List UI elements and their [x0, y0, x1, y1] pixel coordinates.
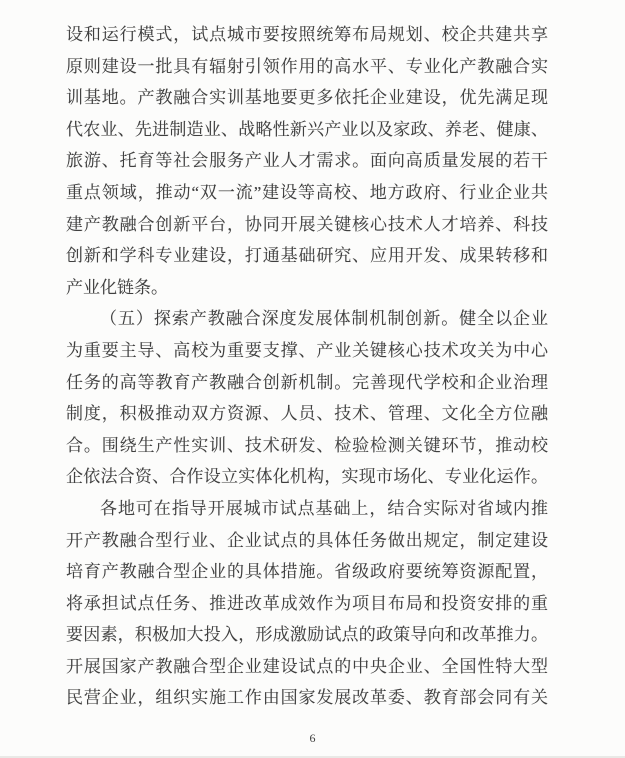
text-line: 各地可在指导开展城市试点基础上，结合实际对省域内推	[66, 493, 548, 525]
screenshot-root: { "document": { "page_number": "6", "col…	[0, 0, 625, 758]
text-line: 重点领域，推动“双一流”建设等高校、地方政府、行业企业共	[66, 177, 548, 209]
text-line: 代农业、先进制造业、战略性新兴产业以及家政、养老、健康、	[66, 114, 548, 146]
text-line: 开产教融合型行业、企业试点的具体任务做出规定，制定建设	[66, 525, 548, 557]
text-line: 训基地。产教融合实训基地要更多依托企业建设，优先满足现	[66, 82, 548, 114]
page-number: 6	[0, 731, 625, 745]
text-line: 任务的高等教育产教融合创新机制。完善现代学校和企业治理	[66, 367, 548, 399]
text-line: 企依法合资、合作设立实体化机构，实现市场化、专业化运作。	[66, 461, 548, 493]
text-line: 产业化链条。	[66, 272, 548, 304]
text-line: 原则建设一批具有辐射引领作用的高水平、专业化产教融合实	[66, 51, 548, 83]
text-line: 制度，积极推动双方资源、人员、技术、管理、文化全方位融	[66, 398, 548, 430]
text-line: 培育产教融合型企业的具体措施。省级政府要统筹资源配置，	[66, 556, 548, 588]
paragraph-local-pilots: 各地可在指导开展城市试点基础上，结合实际对省域内推 开产教融合型行业、企业试点的…	[66, 493, 548, 714]
text-line: 合。围绕生产性实训、技术研发、检验检测关键环节，推动校	[66, 430, 548, 462]
text-line: 建产教融合创新平台，协同开展关键核心技术人才培养、科技	[66, 209, 548, 241]
text-line: 旅游、托育等社会服务产业人才需求。面向高质量发展的若干	[66, 145, 548, 177]
text-line: 开展国家产教融合型企业建设试点的中央企业、全国性特大型	[66, 651, 548, 683]
text-line: 设和运行模式，试点城市要按照统筹布局规划、校企共建共享	[66, 19, 548, 51]
text-line: 将承担试点任务、推进改革成效作为项目布局和投资安排的重	[66, 588, 548, 620]
paragraph-continuation: 设和运行模式，试点城市要按照统筹布局规划、校企共建共享 原则建设一批具有辐射引领…	[66, 19, 548, 303]
text-line: 创新和学科专业建设，打通基础研究、应用开发、成果转移和	[66, 240, 548, 272]
paragraph-section-5: （五）探索产教融合深度发展体制机制创新。健全以企业 为重要主导、高校为重要支撑、…	[66, 303, 548, 493]
text-line: 为重要主导、高校为重要支撑、产业关键核心技术攻关为中心	[66, 335, 548, 367]
text-line: （五）探索产教融合深度发展体制机制创新。健全以企业	[66, 303, 548, 335]
document-page: 设和运行模式，试点城市要按照统筹布局规划、校企共建共享 原则建设一批具有辐射引领…	[0, 0, 625, 758]
text-line: 民营企业，组织实施工作由国家发展改革委、教育部会同有关	[66, 682, 548, 714]
text-line: 要因素，积极加大投入，形成激励试点的政策导向和改革推力。	[66, 619, 548, 651]
document-body: 设和运行模式，试点城市要按照统筹布局规划、校企共建共享 原则建设一批具有辐射引领…	[66, 19, 548, 714]
